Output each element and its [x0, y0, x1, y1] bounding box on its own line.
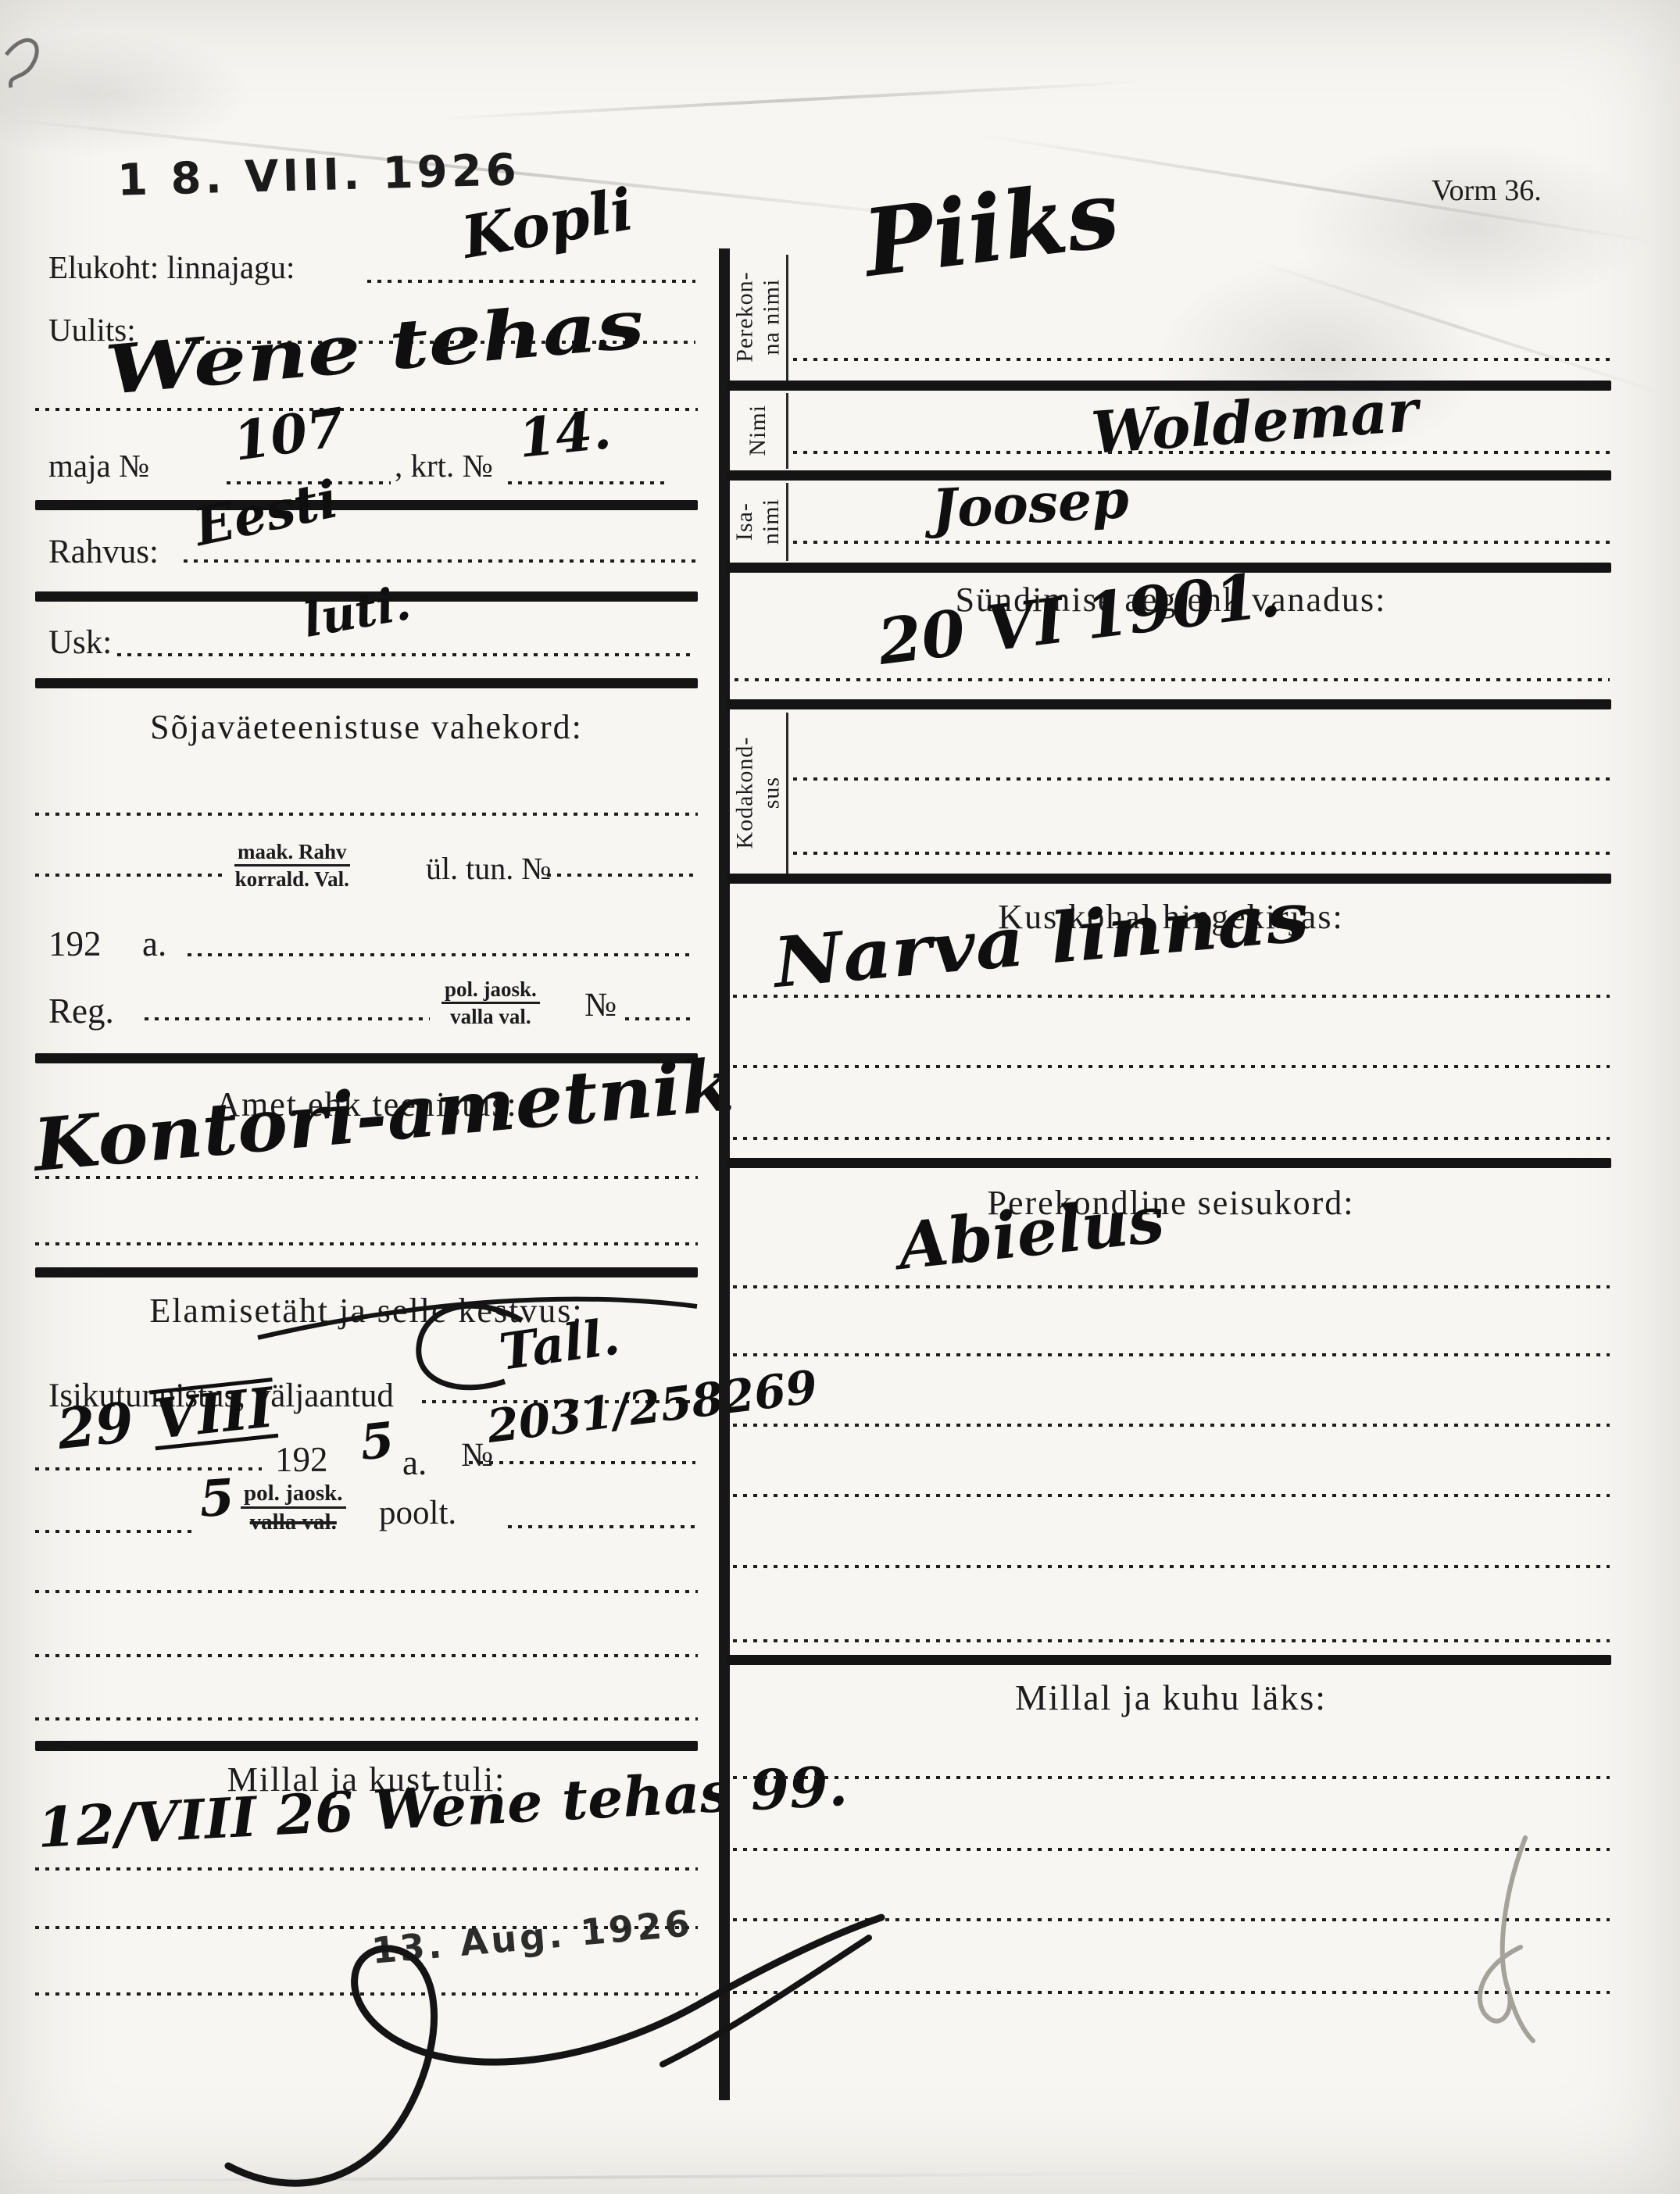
section-divider-bar: [727, 699, 1611, 709]
dotted-line: [733, 1137, 1610, 1140]
dotted-line: [508, 1525, 695, 1528]
registrar-signature-cross: [663, 1938, 869, 2064]
dotted-line: [35, 1717, 698, 1721]
no-sign: №: [584, 986, 617, 1024]
dotted-line: [547, 874, 695, 877]
issue-no-sign: №: [461, 1436, 493, 1474]
dotted-line: [625, 1017, 695, 1020]
parish-register-value: Narva linnas: [770, 876, 1312, 1003]
section-divider-bar: [35, 678, 698, 688]
registrar-signature: [228, 1917, 881, 2183]
dotted-line: [35, 1867, 698, 1871]
dotted-line: [35, 1176, 698, 1179]
dotted-line: [735, 678, 1610, 681]
father-name-vertical-label: Isa- nimi: [728, 483, 788, 561]
dotted-line: [733, 1991, 1610, 1994]
section-divider-bar: [727, 1655, 1611, 1665]
maak-rahv-fraction: maak. Rahv korrald. Val.: [234, 841, 350, 891]
section-divider-bar: [35, 500, 698, 510]
nationality-label: Rahvus:: [48, 533, 159, 571]
dotted-line: [35, 874, 227, 877]
issue-a-label: a.: [402, 1442, 427, 1483]
label-divider-rule: [786, 255, 788, 381]
dotted-line: [793, 451, 1610, 454]
fraction-bottom: korrald. Val.: [234, 867, 350, 890]
section-divider-bar: [727, 381, 1611, 391]
dotted-line: [733, 1776, 1610, 1779]
section-divider-bar: [727, 1158, 1611, 1168]
dotted-line: [35, 813, 698, 816]
dotted-line: [35, 1242, 698, 1245]
apartment-no-label: , krt. №: [395, 447, 493, 484]
dotted-line: [733, 1918, 1610, 1921]
dotted-line: [793, 777, 1610, 781]
paper-crease: [0, 2172, 1172, 2183]
dotted-line: [733, 1424, 1610, 1427]
section-divider-bar: [35, 1741, 698, 1751]
dotted-line: [733, 1848, 1610, 1851]
label-divider-rule: [786, 483, 788, 561]
section-divider-bar: [727, 470, 1611, 481]
dotted-line: [184, 559, 695, 563]
dotted-line: [508, 481, 664, 484]
fraction-top: maak. Rahv: [234, 841, 350, 867]
dotted-line: [793, 358, 1610, 361]
dotted-line: [793, 852, 1610, 855]
firstname-vertical-label: Nimi: [728, 393, 788, 468]
form-code: Vorm 36.: [1432, 173, 1542, 208]
street-value: Wene tehas: [102, 284, 647, 410]
residence-label: Elukoht: linnajagu:: [48, 248, 295, 286]
marital-status-header: Perekondline seisukord:: [731, 1183, 1611, 1223]
fraction-bottom: valla val.: [441, 1004, 540, 1027]
dotted-line: [35, 1590, 698, 1593]
fraction-top: pol. jaosk.: [441, 978, 540, 1004]
year-a-label: a.: [142, 924, 166, 964]
section-divider-bar: [35, 1267, 698, 1277]
paper-crease: [438, 80, 1140, 120]
father-name-value: Joosep: [931, 468, 1131, 541]
surname-vertical-label: Perekon- na nimi: [728, 255, 788, 380]
apartment-no-value: 14.: [516, 398, 614, 470]
registered-date-stamp: 13. Aug. 1926: [370, 1902, 694, 1972]
issue-month: VIII: [149, 1378, 279, 1450]
fraction-top: pol. jaosk.: [241, 1481, 346, 1509]
dotted-line: [793, 541, 1610, 544]
dotted-line: [35, 1654, 698, 1657]
reg-label: Reg.: [48, 991, 114, 1031]
citizenship-vertical-label: Kodakond- sus: [728, 713, 788, 873]
dotted-line: [469, 1461, 695, 1464]
section-divider-bar: [727, 874, 1611, 884]
house-no-label: maja №: [48, 447, 149, 484]
dotted-line: [35, 1530, 195, 1533]
surname-value: Piiks: [858, 159, 1124, 298]
military-service-header: Sõjaväeteenistuse vahekord:: [35, 707, 698, 747]
received-date-stamp: 1 8. VIII. 1926: [116, 145, 520, 205]
precinct-value: 5: [198, 1468, 237, 1529]
dotted-line: [733, 1065, 1610, 1068]
dotted-line: [367, 280, 695, 283]
pol-jaosk-fraction-2: pol. jaosk. valla val.: [241, 1481, 346, 1535]
poolt-label: poolt.: [379, 1494, 456, 1532]
dotted-line: [188, 953, 695, 956]
year-prefix: 192: [48, 924, 102, 964]
paper-smudge: [0, 31, 250, 156]
dotted-line: [145, 1017, 430, 1020]
dotted-line: [733, 1494, 1610, 1497]
dotted-line: [733, 1353, 1610, 1356]
dotted-line: [733, 1565, 1610, 1568]
issue-day: 29: [54, 1389, 137, 1462]
dotted-line: [733, 1639, 1610, 1642]
pencil-mark: [1480, 1838, 1533, 2041]
occupation-value: Kontori-ametnik: [30, 1042, 737, 1188]
dotted-line: [733, 995, 1610, 998]
pol-jaosk-fraction: pol. jaosk. valla val.: [441, 978, 540, 1028]
dotted-line: [733, 1285, 1610, 1288]
nationality-value: Eesti: [189, 468, 343, 558]
label-divider-rule: [786, 713, 788, 874]
label-divider-rule: [786, 393, 788, 469]
dotted-line: [117, 653, 695, 656]
issue-year-digit: 5: [357, 1411, 397, 1471]
dotted-line: [35, 1992, 698, 1996]
fraction-bottom-struck: valla val.: [241, 1509, 346, 1534]
religion-label: Usk:: [48, 624, 112, 662]
religion-value: luti.: [299, 576, 415, 649]
issue-year-prefix: 192: [275, 1439, 328, 1480]
birth-date-value: 20 VI 1901.: [874, 557, 1285, 679]
departure-header: Millal ja kuhu läks:: [731, 1677, 1611, 1718]
registration-card: 1 8. VIII. 1926 Vorm 36. Elukoht: linnaj…: [0, 0, 1680, 2194]
certificate-no-label: ül. tun. №: [426, 850, 551, 887]
